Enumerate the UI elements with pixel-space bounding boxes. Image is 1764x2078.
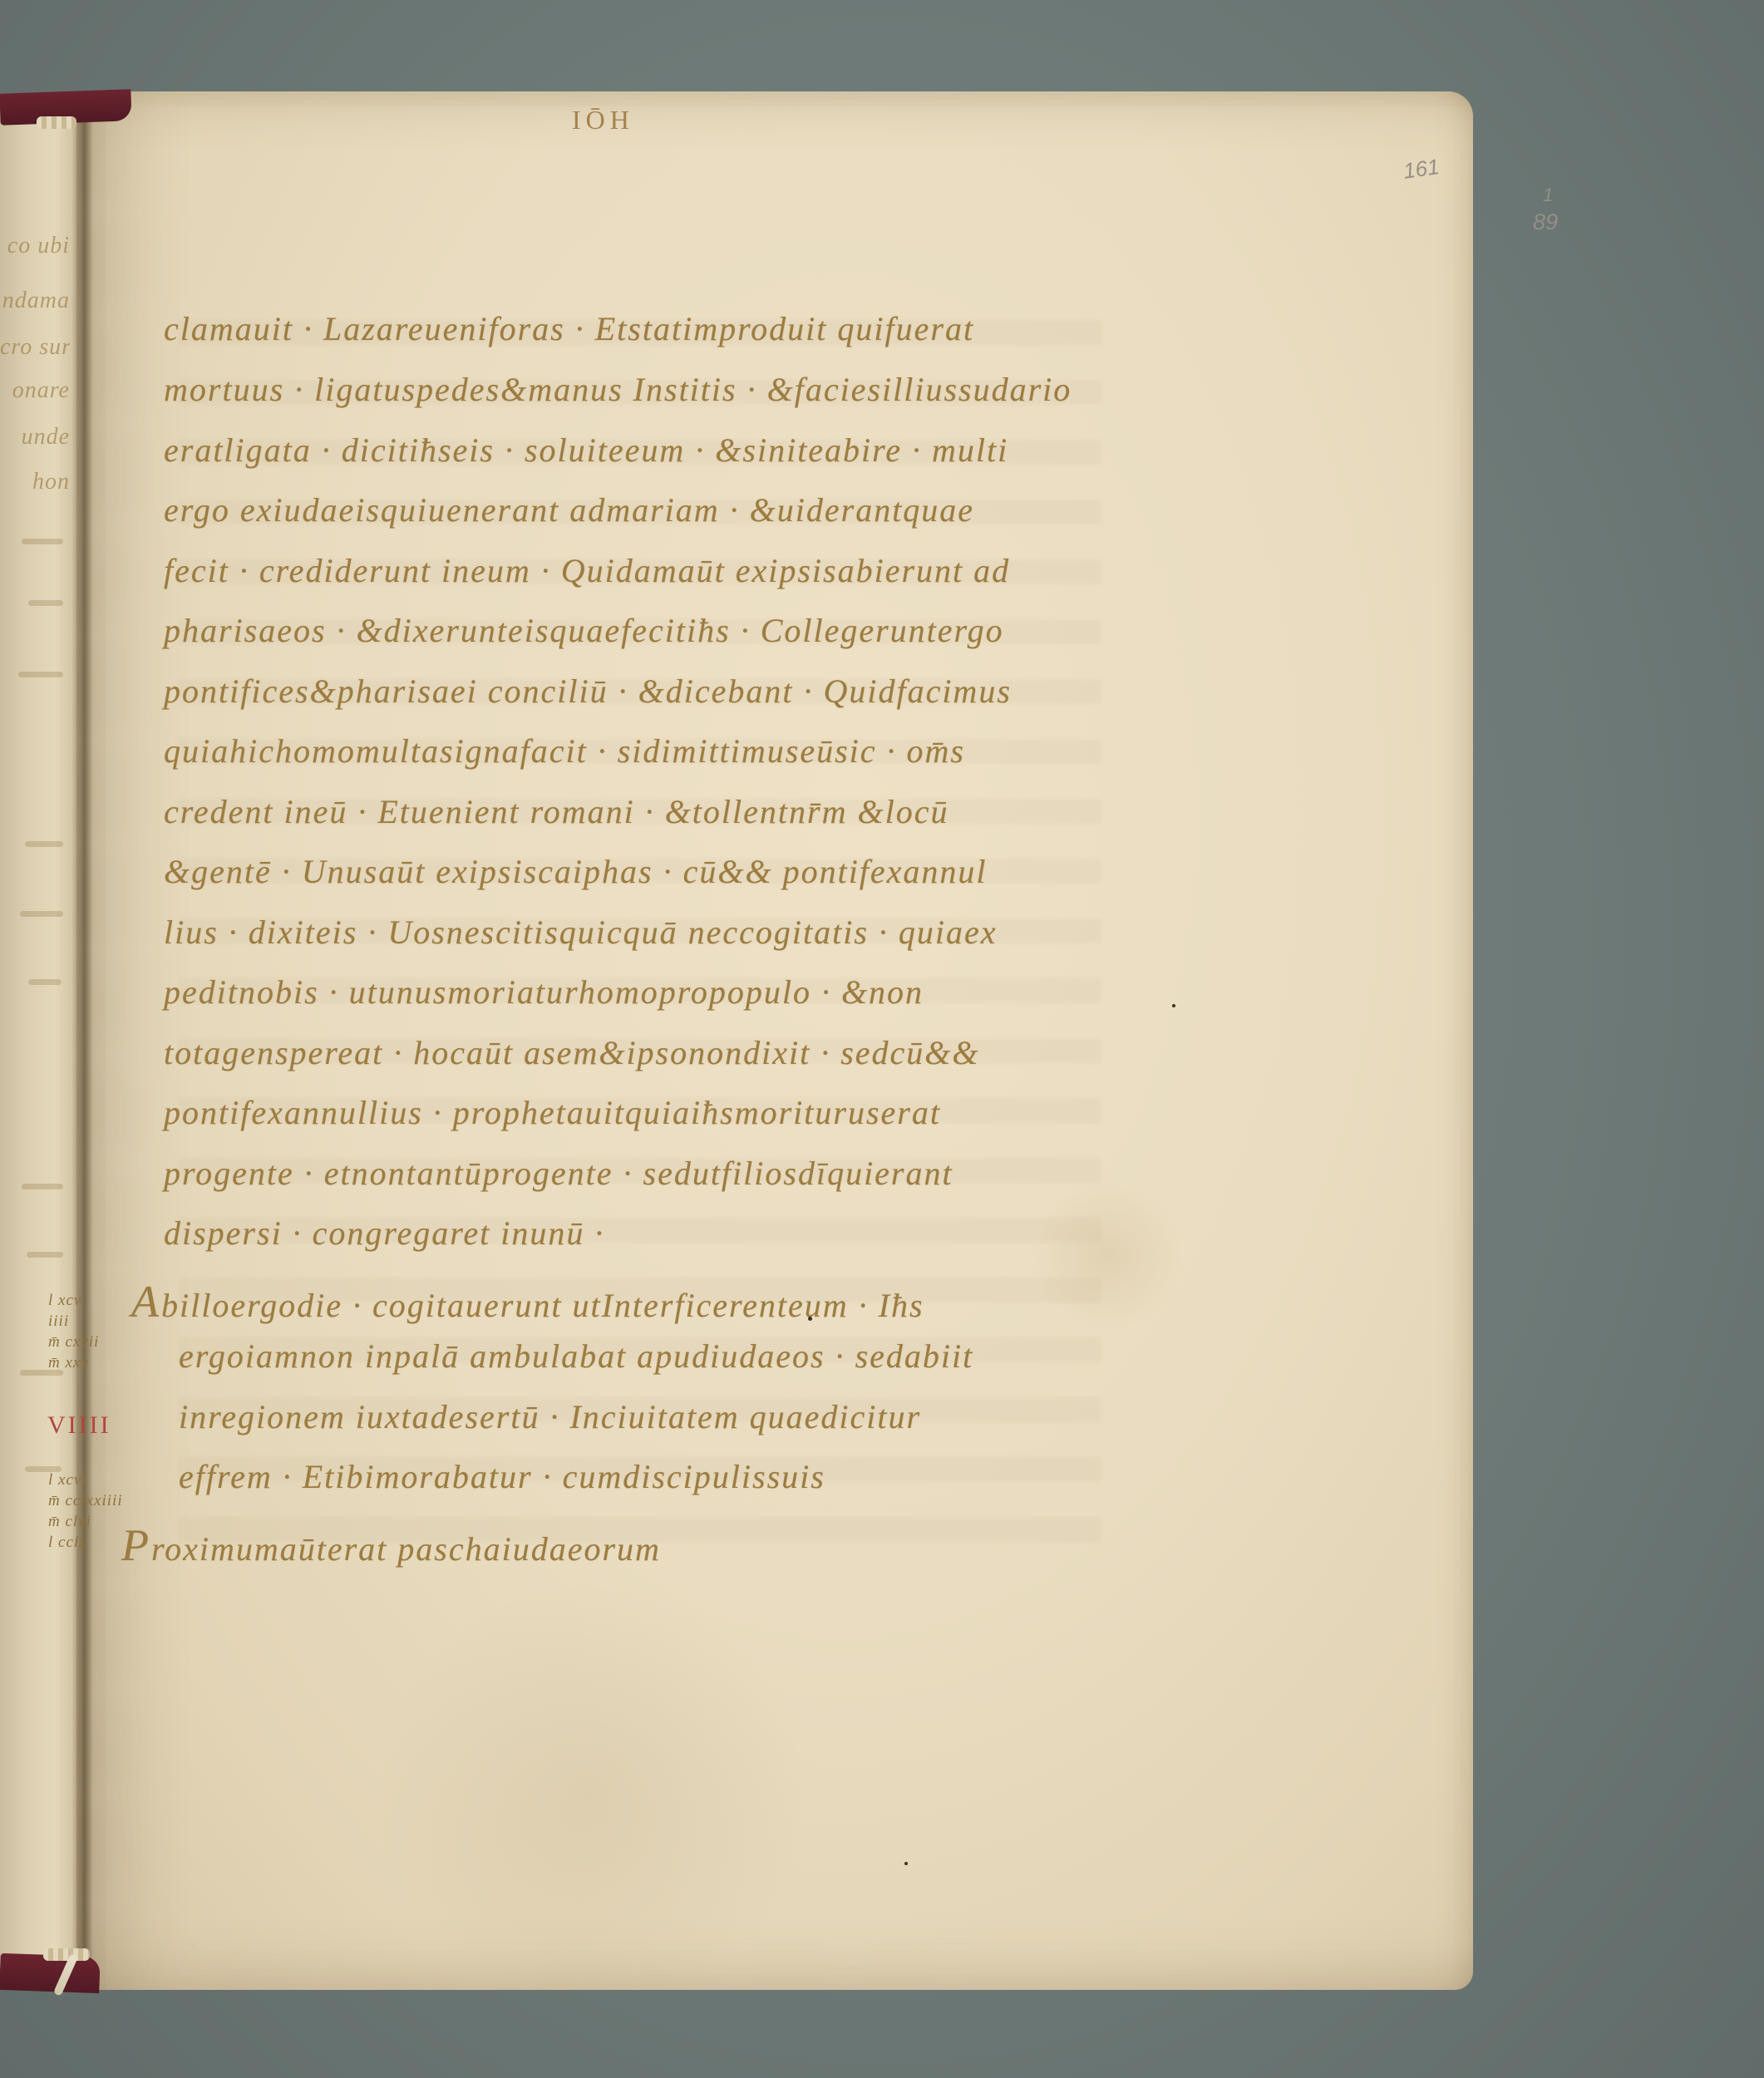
- back-leaf-pencil-mark: 89: [1533, 211, 1558, 234]
- canon-reference-group-upper: l xcv iiii m̄ cxvii m̄ xxv: [48, 1290, 99, 1373]
- gutter-shadow: [71, 93, 93, 1973]
- facing-page-fragment: onare: [0, 379, 70, 402]
- canon-reference-group-lower: l xcvi m̄ cclxxiiii m̄ clvi l cclx: [48, 1470, 123, 1553]
- page-stack-fore-edge: [1460, 98, 1543, 1955]
- fly-speck: [1172, 1004, 1175, 1007]
- text-line: Abilloergodie · cogitauerunt utInterfice…: [131, 1278, 924, 1327]
- text-line: pharisaeos · &dixerunteisquaefecitiħs · …: [164, 613, 1004, 649]
- text-line: ergoiamnon inpalā ambulabat apudiudaeos …: [179, 1338, 973, 1375]
- text-line: ergo exiudaeisquiuenerant admariam · &ui…: [164, 492, 974, 529]
- text-line: quiahichomomultasignafacit · sidimittimu…: [164, 733, 965, 770]
- text-line: effrem · Etibimorabatur · cumdiscipuliss…: [179, 1459, 825, 1495]
- canon-reference: m̄ cxvii: [48, 1332, 99, 1352]
- text-line: mortuus · ligatuspedes&manus Institis · …: [164, 372, 1072, 408]
- chapter-number: VIIII: [47, 1413, 111, 1438]
- text-line: eratligata · dicitiħseis · soluiteeum · …: [164, 432, 1008, 469]
- text-line: Proximumaūterat paschaiudaeorum: [121, 1521, 661, 1570]
- manuscript-photo: co ubi ndama cro sur onare unde hon IŌH …: [0, 0, 1764, 2078]
- facing-page-ink-trace: [22, 539, 63, 544]
- canon-reference: l xcvi: [48, 1470, 123, 1490]
- facing-page-ink-trace: [27, 1252, 63, 1258]
- text-line: pontifices&pharisaei conciliū · &diceban…: [164, 673, 1012, 710]
- text-line: clamauit · Lazareueniforas · Etstatimpro…: [164, 311, 974, 347]
- facing-page-ink-trace: [28, 600, 63, 606]
- facing-page-ink-trace: [18, 672, 63, 677]
- text-line: dispersi · congregaret inunū ·: [164, 1215, 604, 1252]
- brass-clasp: [0, 180, 27, 247]
- canon-reference: m̄ clvi: [48, 1511, 123, 1532]
- facing-page-fragment: unde: [0, 426, 70, 449]
- text-line: fecit · crediderunt ineum · Quidamaūt ex…: [164, 553, 1010, 589]
- teal-edge-bottom: [0, 22, 18, 93]
- text-line: peditnobis · utunusmoriaturhomopropopulo…: [164, 974, 924, 1011]
- text-line: totagenspereat · hocaūt asem&ipsonondixi…: [164, 1035, 980, 1071]
- fly-speck: [904, 1862, 908, 1865]
- canon-reference: l xcv: [48, 1290, 99, 1311]
- running-title: IŌH: [572, 106, 634, 133]
- canon-reference: l cclx: [48, 1532, 123, 1553]
- text-line: lius · dixiteis · Uosnescitisquicquā nec…: [164, 914, 998, 951]
- teal-edge-top: [0, 0, 77, 23]
- back-leaf-pencil-mark-top: 1: [1543, 186, 1553, 204]
- facing-page-ink-trace: [20, 911, 63, 917]
- canon-reference: iiii: [48, 1311, 99, 1332]
- facing-page-ink-trace: [25, 841, 63, 847]
- text-line: &gentē · Unusaūt exipsiscaiphas · cū&& p…: [164, 854, 988, 890]
- text-line: credent ineū · Etuenient romani · &tolle…: [164, 794, 949, 830]
- endband-bottom: [43, 1948, 90, 1961]
- facing-page-ink-trace: [28, 979, 62, 985]
- folio-number-pencil: 161: [1402, 155, 1441, 182]
- fly-speck: [808, 1317, 812, 1321]
- facing-page-ink-trace: [22, 1184, 63, 1189]
- facing-page-fragment: ndama: [0, 289, 70, 313]
- text-line: inregionem iuxtadesertū · Inciuitatem qu…: [179, 1399, 921, 1435]
- endband-top: [37, 116, 76, 129]
- facing-page-fragment: hon: [0, 470, 70, 494]
- facing-page-fragment: cro sur: [0, 336, 70, 359]
- text-line: progente · etnontantūprogente · sedutfil…: [164, 1155, 953, 1192]
- text-line: pontifexannullius · prophetauitquiaiħsmo…: [164, 1095, 941, 1131]
- canon-reference: m̄ xxv: [48, 1352, 99, 1373]
- canon-reference: m̄ cclxxiiii: [48, 1490, 123, 1511]
- brass-clasp: [0, 135, 31, 181]
